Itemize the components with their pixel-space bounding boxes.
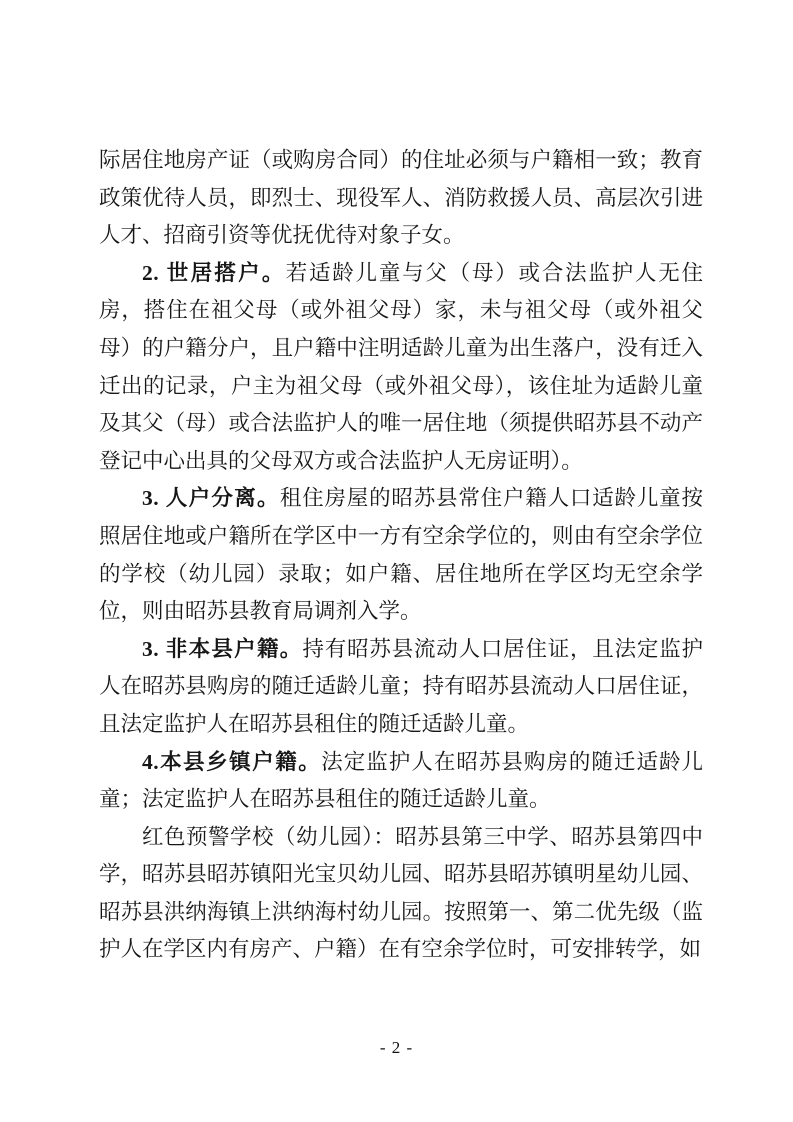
paragraph-text: 红色预警学校（幼儿园）：昭苏县第三中学、昭苏县第四中学，昭苏县昭苏镇阳光宝贝幼儿… xyxy=(99,825,703,962)
page-footer: - 2 - xyxy=(0,1038,793,1058)
paragraph-continuation: 际居住地房产证（或购房合同）的住址必须与户籍相一致；教育政策优待人员，即烈士、现… xyxy=(99,142,703,255)
page-number: - 2 - xyxy=(380,1038,413,1057)
paragraph-item-2-shiju-dahu: 2. 世居搭户。若适龄儿童与父（母）或合法监护人无住房，搭住在祖父母（或外祖父母… xyxy=(99,255,703,481)
paragraph-lead: 4.本县乡镇户籍。 xyxy=(142,750,321,774)
document-body: 际居住地房产证（或购房合同）的住址必须与户籍相一致；教育政策优待人员，即烈士、现… xyxy=(99,142,703,969)
paragraph-lead: 2. 世居搭户。 xyxy=(142,261,286,285)
paragraph-red-warning-schools: 红色预警学校（幼儿园）：昭苏县第三中学、昭苏县第四中学，昭苏县昭苏镇阳光宝贝幼儿… xyxy=(99,819,703,969)
document-page: 际居住地房产证（或购房合同）的住址必须与户籍相一致；教育政策优待人员，即烈士、现… xyxy=(0,0,793,1122)
paragraph-lead: 3. 非本县户籍。 xyxy=(142,637,303,661)
paragraph-item-3-renhu-fenli: 3. 人户分离。租住房屋的昭苏县常住户籍人口适龄儿童按照居住地或户籍所在学区中一… xyxy=(99,480,703,630)
paragraph-item-3-fei-benxian-huji: 3. 非本县户籍。持有昭苏县流动人口居住证，且法定监护人在昭苏县购房的随迁适龄儿… xyxy=(99,631,703,744)
paragraph-item-4-benxian-xiangzhen-huji: 4.本县乡镇户籍。法定监护人在昭苏县购房的随迁适龄儿童；法定监护人在昭苏县租住的… xyxy=(99,744,703,819)
paragraph-text: 际居住地房产证（或购房合同）的住址必须与户籍相一致；教育政策优待人员，即烈士、现… xyxy=(99,148,703,247)
paragraph-lead: 3. 人户分离。 xyxy=(142,486,280,510)
paragraph-text: 若适龄儿童与父（母）或合法监护人无住房，搭住在祖父母（或外祖父母）家，未与祖父母… xyxy=(99,261,703,473)
